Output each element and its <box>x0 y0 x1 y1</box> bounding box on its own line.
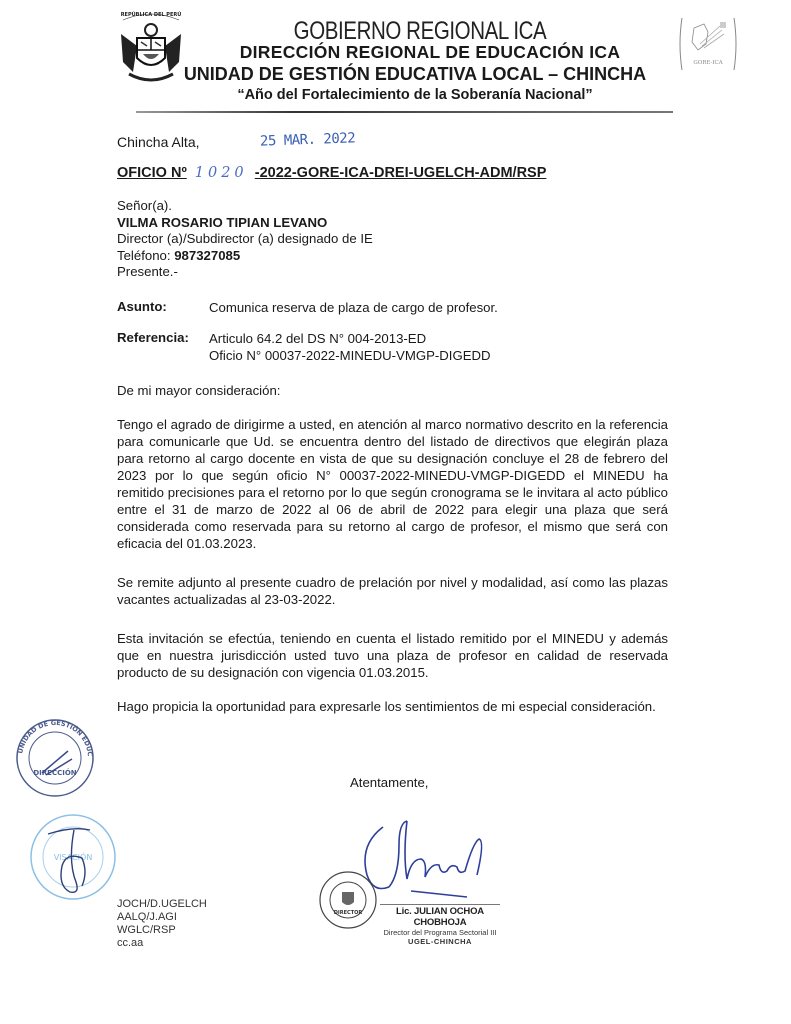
year-motto: “Año del Fortalecimiento de la Soberanía… <box>200 86 630 104</box>
visacion-stamp-icon: VISACIÓN <box>28 812 118 902</box>
initials-line: WGLC/RSP <box>117 924 207 937</box>
signer-name: Lic. JULIAN OCHOA CHOBHOJA <box>380 904 500 928</box>
oficio-prefix: OFICIO Nº <box>117 165 187 181</box>
signer-block: Lic. JULIAN OCHOA CHOBHOJA Director del … <box>380 904 500 946</box>
recipient-block: Señor(a). VILMA ROSARIO TIPIAN LEVANO Di… <box>117 198 617 281</box>
letter-place: Chincha Alta, <box>117 134 200 150</box>
svg-text:DIRECTOR: DIRECTOR <box>334 910 363 916</box>
svg-text:REPÚBLICA DEL PERÚ: REPÚBLICA DEL PERÚ <box>121 11 182 18</box>
referencia-item: Articulo 64.2 del DS N° 004-2013-ED <box>209 330 491 347</box>
body-paragraph-1: Tengo el agrado de dirigirme a usted, en… <box>117 416 668 552</box>
initials-line: JOCH/D.UGELCH <box>117 898 207 911</box>
svg-text:GORE-ICA: GORE-ICA <box>693 60 723 66</box>
closing: Atentamente, <box>350 775 428 790</box>
body-paragraph-3: Esta invitación se efectúa, teniendo en … <box>117 630 668 681</box>
directorate-title: DIRECCIÓN REGIONAL DE EDUCACIÓN ICA <box>195 42 665 62</box>
header-divider <box>136 111 673 113</box>
referencia-label: Referencia: <box>117 330 209 364</box>
referencia-row: Referencia: Articulo 64.2 del DS N° 004-… <box>117 330 677 364</box>
oficio-suffix: -2022-GORE-ICA-DREI-UGELCH-ADM/RSP <box>255 165 547 181</box>
referencia-values: Articulo 64.2 del DS N° 004-2013-ED Ofic… <box>209 330 491 364</box>
phone-number: 987327085 <box>174 248 240 263</box>
asunto-row: Asunto: Comunica reserva de plaza de car… <box>117 299 677 316</box>
handwritten-date: 25 MAR. 2022 <box>260 130 356 149</box>
government-title: GOBIERNO REGIONAL ICA <box>248 18 592 44</box>
reference-initials: JOCH/D.UGELCH AALQ/J.AGI WGLC/RSP cc.aa <box>117 898 207 950</box>
referencia-item: Oficio N° 00037-2022-MINEDU-VMGP-DIGEDD <box>209 347 491 364</box>
initials-line: AALQ/J.AGI <box>117 911 207 924</box>
asunto-value: Comunica reserva de plaza de cargo de pr… <box>209 299 498 316</box>
oficio-reference: OFICIO Nº1020-2022-GORE-ICA-DREI-UGELCH-… <box>117 165 546 181</box>
oficio-number: 1020 <box>195 165 251 181</box>
recipient-phone-line: Teléfono: 987327085 <box>117 248 617 265</box>
ugel-area-stamp-icon: UNIDAD DE GESTIÓN EDUCATIVA LOCAL DIRECC… <box>12 715 98 801</box>
phone-label: Teléfono: <box>117 248 171 263</box>
director-seal-icon: DIRECTOR <box>318 870 378 930</box>
recipient-position: Director (a)/Subdirector (a) designado d… <box>117 231 617 248</box>
signer-unit: UGEL-CHINCHA <box>380 937 500 946</box>
recipient-name: VILMA ROSARIO TIPIAN LEVANO <box>117 215 617 232</box>
signer-role: Director del Programa Sectorial III <box>380 928 500 937</box>
body-paragraph-2: Se remite adjunto al presente cuadro de … <box>117 574 668 608</box>
body-paragraph-4: Hago propicia la oportunidad para expres… <box>117 698 668 715</box>
gore-ica-logo-icon: GORE-ICA <box>676 14 740 74</box>
greeting: De mi mayor consideración: <box>117 382 668 399</box>
svg-text:UNIDAD DE GESTIÓN EDUCATIVA LO: UNIDAD DE GESTIÓN EDUCATIVA LOCAL <box>12 715 94 757</box>
initials-line: cc.aa <box>117 937 207 950</box>
unit-title: UNIDAD DE GESTIÓN EDUCATIVA LOCAL – CHIN… <box>155 63 675 85</box>
recipient-presente: Presente.- <box>117 264 617 281</box>
recipient-salutation: Señor(a). <box>117 198 617 215</box>
asunto-label: Asunto: <box>117 299 209 316</box>
